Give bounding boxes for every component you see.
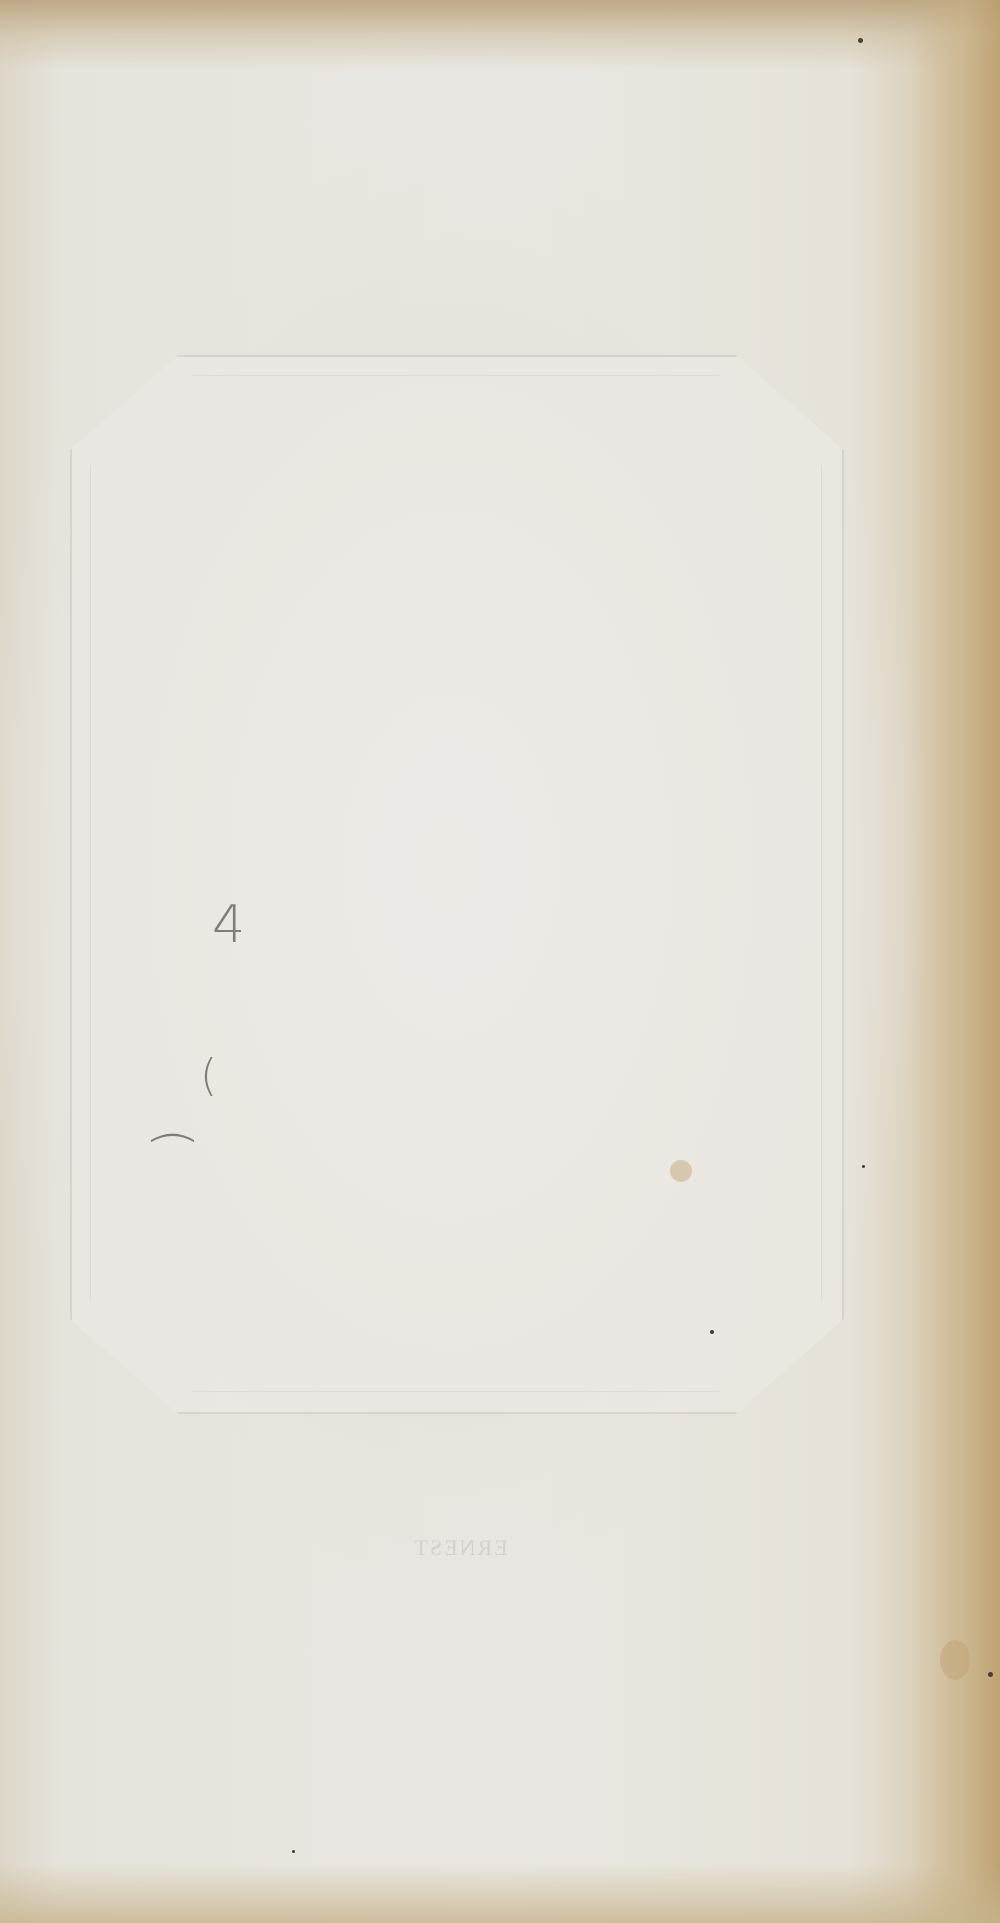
- speck: [988, 1672, 993, 1677]
- bottom-edge-stain: [0, 1863, 1000, 1923]
- speck: [292, 1850, 295, 1853]
- right-edge-stain: [910, 0, 1000, 1923]
- book-page: ERNEST 4 ( ): [0, 0, 1000, 1923]
- speck: [862, 1165, 865, 1168]
- plate-mark-inner-edge: [90, 375, 822, 1392]
- pencil-mark-curve: ): [143, 1129, 199, 1148]
- pencil-mark-4: 4: [212, 895, 245, 955]
- foxing-spot: [940, 1640, 970, 1680]
- show-through-text: ERNEST: [330, 1535, 590, 1561]
- speck: [710, 1330, 714, 1334]
- foxing-spot: [670, 1160, 692, 1182]
- top-edge-stain: [0, 0, 1000, 70]
- speck: [858, 38, 863, 43]
- pencil-mark-paren: (: [200, 1050, 217, 1101]
